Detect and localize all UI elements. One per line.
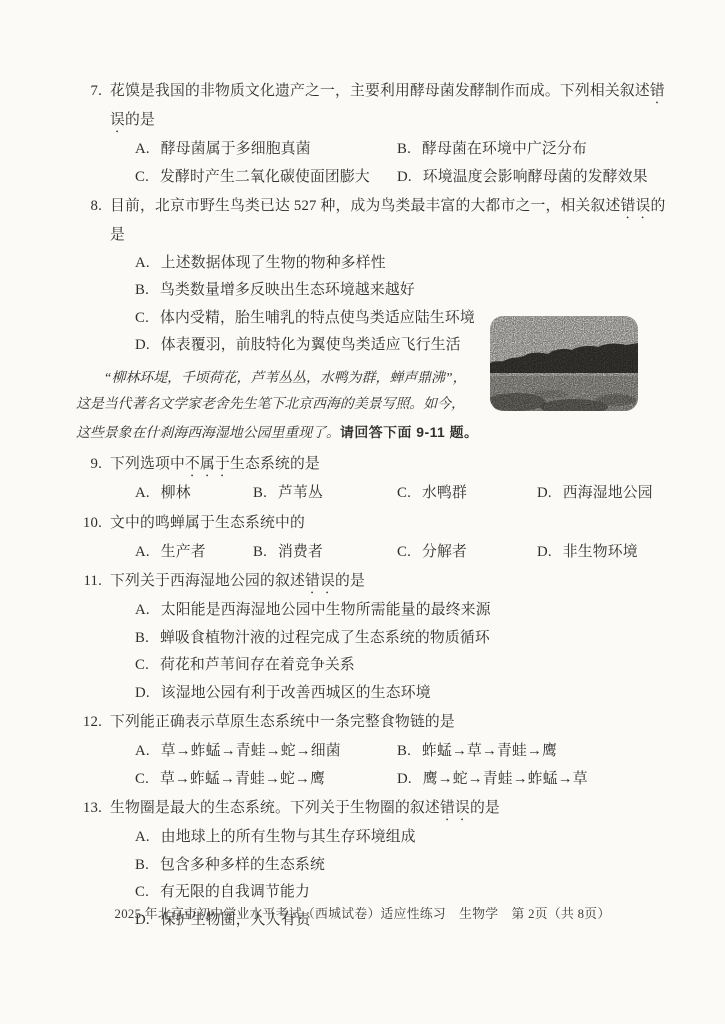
- option-text: 草→蚱蜢→青蛙→蛇→细菌: [161, 743, 341, 759]
- option-d: D.西海湿地公园: [512, 480, 673, 508]
- stem-text: 文中的鸣蝉属于生态系统中的: [110, 515, 305, 531]
- option-text: 有无限的自我调节能力: [160, 884, 310, 900]
- question-11: 11.下列关于西海湿地公园的叙述错误的是 A.太阳能是西海湿地公园中生物所需能量…: [76, 568, 673, 707]
- option-text: 环境温度会影响酵母菌的发酵效果: [423, 169, 648, 185]
- option-label: A.: [135, 480, 150, 508]
- option-text: 蚱蜢→草→青蛙→鹰: [422, 743, 557, 759]
- passage-instruction: 请回答下面 9-11 题。: [340, 424, 479, 440]
- option-label: A.: [135, 738, 150, 766]
- stem-emphasis: 错误: [305, 573, 335, 589]
- option-text: 鹰→蛇→青蛙→蚱蜢→草: [423, 771, 588, 787]
- question-number: 7.: [76, 78, 102, 106]
- passage-text: 这些景象在什刹海西海湿地公园里重现了。: [76, 426, 340, 441]
- question-10-options: A.生产者 B.消费者 C.分解者 D.非生物环境: [110, 539, 673, 567]
- option-text: 生产者: [161, 544, 206, 560]
- option-text: 体内受精，胎生哺乳的特点使鸟类适应陆生环境: [160, 310, 475, 326]
- option-label: D.: [537, 480, 552, 508]
- option-label: A.: [135, 824, 150, 852]
- option-label: D.: [135, 680, 150, 708]
- question-7: 7.花馍是我国的非物质文化遗产之一，主要利用酵母菌发酵制作而成。下列相关叙述错误…: [76, 78, 673, 191]
- question-11-stem: 11.下列关于西海湿地公园的叙述错误的是: [110, 568, 673, 597]
- option-label: C.: [135, 766, 149, 794]
- option-label: C.: [397, 539, 411, 567]
- option-c: C.分解者: [372, 539, 512, 567]
- option-text: 鸟类数量增多反映出生态环境越来越好: [160, 282, 415, 298]
- option-a: A.柳林: [110, 480, 228, 508]
- option-text: 由地球上的所有生物与其生存环境组成: [161, 829, 416, 845]
- option-text: 上述数据体现了生物的物种多样性: [161, 255, 386, 271]
- option-text: 水鸭群: [422, 485, 467, 501]
- option-b: B.蝉吸食植物汁液的过程完成了生态系统的物质循环: [110, 625, 673, 653]
- option-text: 西海湿地公园: [563, 485, 653, 501]
- option-label: A.: [135, 597, 150, 625]
- question-12: 12.下列能正确表示草原生态系统中一条完整食物链的是 A.草→蚱蜢→青蛙→蛇→细…: [76, 709, 673, 793]
- stem-text-tail: 生态系统的是: [230, 456, 320, 472]
- option-text: 柳林: [161, 485, 191, 501]
- option-c: C.草→蚱蜢→青蛙→蛇→鹰: [110, 766, 372, 794]
- stem-text: 下列关于西海湿地公园的叙述: [110, 573, 305, 589]
- question-number: 9.: [76, 451, 102, 479]
- stem-text: 下列能正确表示草原生态系统中一条完整食物链的是: [110, 714, 455, 730]
- option-b: B.鸟类数量增多反映出生态环境越来越好: [110, 277, 673, 305]
- questions-area: 7.花馍是我国的非物质文化遗产之一，主要利用酵母菌发酵制作而成。下列相关叙述错误…: [76, 78, 673, 936]
- question-7-options: A.酵母菌属于多细胞真菌 B.酵母菌在环境中广泛分布 C.发酵时产生二氧化碳使面…: [110, 136, 673, 191]
- question-9-options: A.柳林 B.芦苇丛 C.水鸭群 D.西海湿地公园: [110, 480, 673, 508]
- option-label: D.: [397, 164, 412, 192]
- question-10: 10.文中的鸣蝉属于生态系统中的 A.生产者 B.消费者 C.分解者 D.非生物…: [76, 510, 673, 567]
- question-12-stem: 12.下列能正确表示草原生态系统中一条完整食物链的是: [110, 709, 673, 738]
- stem-text: 下列选项中: [110, 456, 185, 472]
- option-a: A.草→蚱蜢→青蛙→蛇→细菌: [110, 738, 372, 766]
- stem-emphasis: 错误: [440, 800, 470, 816]
- option-label: D.: [397, 766, 412, 794]
- option-label: B.: [135, 625, 149, 653]
- question-number: 11.: [76, 568, 102, 596]
- option-c: C.荷花和芦苇间存在着竞争关系: [110, 652, 673, 680]
- exam-paper-page: 7.花馍是我国的非物质文化遗产之一，主要利用酵母菌发酵制作而成。下列相关叙述错误…: [0, 0, 725, 1024]
- option-text: 蝉吸食植物汁液的过程完成了生态系统的物质循环: [160, 630, 490, 646]
- option-text: 非生物环境: [563, 544, 638, 560]
- option-label: B.: [253, 539, 267, 567]
- option-a: A.酵母菌属于多细胞真菌: [110, 136, 372, 164]
- option-text: 草→蚱蜢→青蛙→蛇→鹰: [160, 771, 325, 787]
- option-c: C.水鸭群: [372, 480, 512, 508]
- question-number: 10.: [76, 510, 102, 538]
- option-d: D.非生物环境: [512, 539, 673, 567]
- option-text: 消费者: [278, 544, 323, 560]
- option-text: 酵母菌在环境中广泛分布: [422, 141, 587, 157]
- stem-text: 生物圈是最大的生态系统。下列关于生物圈的叙述: [110, 800, 440, 816]
- question-9: 9.下列选项中不属于生态系统的是 A.柳林 B.芦苇丛 C.水鸭群 D.西海湿地…: [76, 451, 673, 508]
- question-10-stem: 10.文中的鸣蝉属于生态系统中的: [110, 510, 673, 539]
- option-a: A.生产者: [110, 539, 228, 567]
- option-d: D.鹰→蛇→青蛙→蚱蜢→草: [372, 766, 673, 794]
- option-label: D.: [537, 539, 552, 567]
- question-8: 8.目前，北京市野生鸟类已达 527 种，成为鸟类最丰富的大都市之一，相关叙述错…: [76, 193, 673, 360]
- stem-text-tail: 的是: [125, 112, 155, 128]
- stem-text: 花馍是我国的非物质文化遗产之一，主要利用酵母菌发酵制作而成。下列相关叙述: [110, 83, 650, 99]
- option-b: B.酵母菌在环境中广泛分布: [372, 136, 673, 164]
- option-text: 包含多种多样的生态系统: [160, 857, 325, 873]
- reading-passage: “柳林环堤，千顷荷花，芦苇丛丛，水鸭为群，蝉声鼎沸”， 这是当代著名文学家老舍先…: [76, 366, 673, 448]
- option-label: B.: [135, 277, 149, 305]
- stem-emphasis: 不属于: [185, 456, 230, 472]
- option-text: 该湿地公园有利于改善西城区的生态环境: [161, 685, 431, 701]
- option-label: A.: [135, 136, 150, 164]
- question-13-stem: 13.生物圈是最大的生态系统。下列关于生物圈的叙述错误的是: [110, 795, 673, 824]
- option-b: B.芦苇丛: [228, 480, 372, 508]
- page-footer: 2025 年北京市初中学业水平考试（西城试卷）适应性练习 生物学 第 2页（共 …: [0, 903, 725, 922]
- stem-text-tail: 的是: [335, 573, 365, 589]
- question-8-options: A.上述数据体现了生物的物种多样性 B.鸟类数量增多反映出生态环境越来越好 C.…: [110, 250, 673, 360]
- option-d: D.体表覆羽，前肢特化为翼使鸟类适应飞行生活: [110, 332, 673, 360]
- question-number: 8.: [76, 193, 102, 221]
- option-label: C.: [135, 164, 149, 192]
- option-label: A.: [135, 539, 150, 567]
- passage-line: 这是当代著名文学家老舍先生笔下北京西海的美景写照。如今，: [76, 392, 673, 419]
- option-label: C.: [135, 305, 149, 333]
- option-d: D.环境温度会影响酵母菌的发酵效果: [372, 164, 673, 192]
- question-12-options: A.草→蚱蜢→青蛙→蛇→细菌 B.蚱蜢→草→青蛙→鹰 C.草→蚱蜢→青蛙→蛇→鹰…: [110, 738, 673, 793]
- question-9-stem: 9.下列选项中不属于生态系统的是: [110, 451, 673, 480]
- option-a: A.上述数据体现了生物的物种多样性: [110, 250, 673, 278]
- stem-text: 目前，北京市野生鸟类已达 527 种，成为鸟类最丰富的大都市之一，相关叙述: [110, 198, 621, 214]
- option-a: A.太阳能是西海湿地公园中生物所需能量的最终来源: [110, 597, 673, 625]
- stem-text-tail: 的是: [470, 800, 500, 816]
- option-b: B.消费者: [228, 539, 372, 567]
- passage-line: “柳林环堤，千顷荷花，芦苇丛丛，水鸭为群，蝉声鼎沸”，: [76, 366, 673, 393]
- option-label: A.: [135, 250, 150, 278]
- option-text: 太阳能是西海湿地公园中生物所需能量的最终来源: [161, 602, 491, 618]
- option-text: 发酵时产生二氧化碳使面团膨大: [160, 169, 370, 185]
- option-b: B.包含多种多样的生态系统: [110, 852, 673, 880]
- option-label: C.: [397, 480, 411, 508]
- option-a: A.由地球上的所有生物与其生存环境组成: [110, 824, 673, 852]
- option-d: D.该湿地公园有利于改善西城区的生态环境: [110, 680, 673, 708]
- question-7-stem: 7.花馍是我国的非物质文化遗产之一，主要利用酵母菌发酵制作而成。下列相关叙述错误…: [110, 78, 673, 136]
- option-text: 体表覆羽，前肢特化为翼使鸟类适应飞行生活: [161, 337, 461, 353]
- option-label: B.: [253, 480, 267, 508]
- option-c: C.发酵时产生二氧化碳使面团膨大: [110, 164, 372, 192]
- option-text: 荷花和芦苇间存在着竞争关系: [160, 657, 355, 673]
- question-number: 12.: [76, 709, 102, 737]
- question-11-options: A.太阳能是西海湿地公园中生物所需能量的最终来源 B.蝉吸食植物汁液的过程完成了…: [110, 597, 673, 707]
- option-label: B.: [135, 852, 149, 880]
- option-label: C.: [135, 652, 149, 680]
- question-number: 13.: [76, 795, 102, 823]
- option-text: 酵母菌属于多细胞真菌: [161, 141, 311, 157]
- question-8-stem: 8.目前，北京市野生鸟类已达 527 种，成为鸟类最丰富的大都市之一，相关叙述错…: [110, 193, 673, 250]
- passage-line: 这些景象在什刹海西海湿地公园里重现了。请回答下面 9-11 题。: [76, 419, 673, 448]
- stem-emphasis: 错误: [621, 198, 651, 214]
- option-label: D.: [135, 332, 150, 360]
- option-c: C.体内受精，胎生哺乳的特点使鸟类适应陆生环境: [110, 305, 673, 333]
- option-label: B.: [397, 136, 411, 164]
- option-label: B.: [397, 738, 411, 766]
- exam-page: { "colors": { "paper": "#fbfaf7", "ink":…: [0, 0, 725, 1024]
- option-b: B.蚱蜢→草→青蛙→鹰: [372, 738, 673, 766]
- option-text: 分解者: [422, 544, 467, 560]
- option-text: 芦苇丛: [278, 485, 323, 501]
